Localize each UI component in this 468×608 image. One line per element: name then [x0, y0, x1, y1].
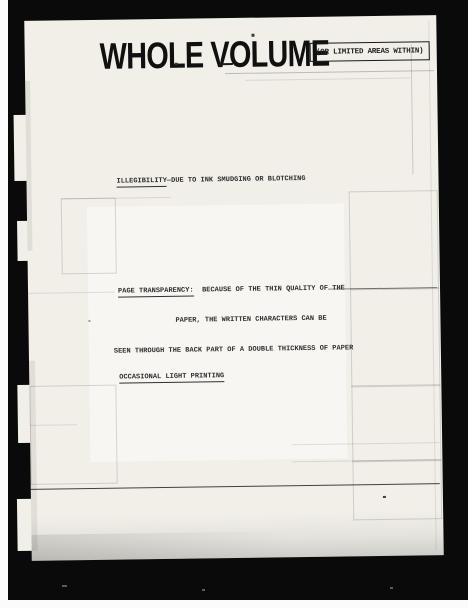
- dust-speck: [62, 585, 67, 587]
- paste-outline: [349, 190, 439, 290]
- scanned-page: WHOLE VOLUME (OR LIMITED AREAS WITHIN) I…: [24, 15, 443, 561]
- crease-mark: [61, 197, 171, 200]
- dust-speck: [390, 587, 393, 589]
- paste-outline: [350, 287, 440, 387]
- crease-mark: [292, 459, 439, 462]
- ink-speck: [88, 320, 90, 322]
- paste-outline: [351, 384, 441, 462]
- ink-speck: [251, 34, 254, 37]
- title-note-text: (OR LIMITED AREAS WITHIN): [316, 47, 424, 57]
- illegibility-line: ILLEGIBILITY—DUE TO INK SMUDGING OR BLOT…: [116, 174, 305, 187]
- transparency-block: PAGE TRANSPARENCY: BECAUSE OF THE THIN Q…: [118, 263, 354, 376]
- page-title: WHOLE VOLUME: [100, 37, 330, 76]
- transparency-line3: SEEN THROUGH THE BACK PART OF A DOUBLE T…: [114, 343, 354, 356]
- light-printing-line: OCCASIONAL LIGHT PRINTING: [119, 371, 224, 382]
- ink-speck: [175, 63, 178, 65]
- crease-mark: [411, 44, 414, 174]
- crease-mark: [428, 20, 436, 550]
- title-note-box: (OR LIMITED AREAS WITHIN): [310, 41, 430, 62]
- film-edge-left: [0, 0, 8, 608]
- light-printing-text: OCCASIONAL LIGHT PRINTING: [119, 372, 224, 383]
- transparency-label: PAGE TRANSPARENCY:: [118, 287, 194, 298]
- illegibility-label: ILLEGIBILITY: [116, 177, 167, 187]
- transparency-line2: PAPER, THE WRITTEN CHARACTERS CAN BE: [118, 313, 353, 326]
- ink-speck: [383, 496, 386, 498]
- bottom-smudge-left: [31, 531, 291, 561]
- film-edge-bottom: [0, 600, 468, 608]
- transparency-line1: PAGE TRANSPARENCY: BECAUSE OF THE THIN Q…: [118, 283, 353, 296]
- dust-speck: [202, 589, 205, 591]
- transparency-line1-rest: BECAUSE OF THE THIN QUALITY OF THE: [194, 284, 345, 294]
- crease-mark: [245, 78, 410, 81]
- fold-line: [31, 483, 440, 490]
- illegibility-rest: —DUE TO INK SMUDGING OR BLOTCHING: [167, 175, 306, 185]
